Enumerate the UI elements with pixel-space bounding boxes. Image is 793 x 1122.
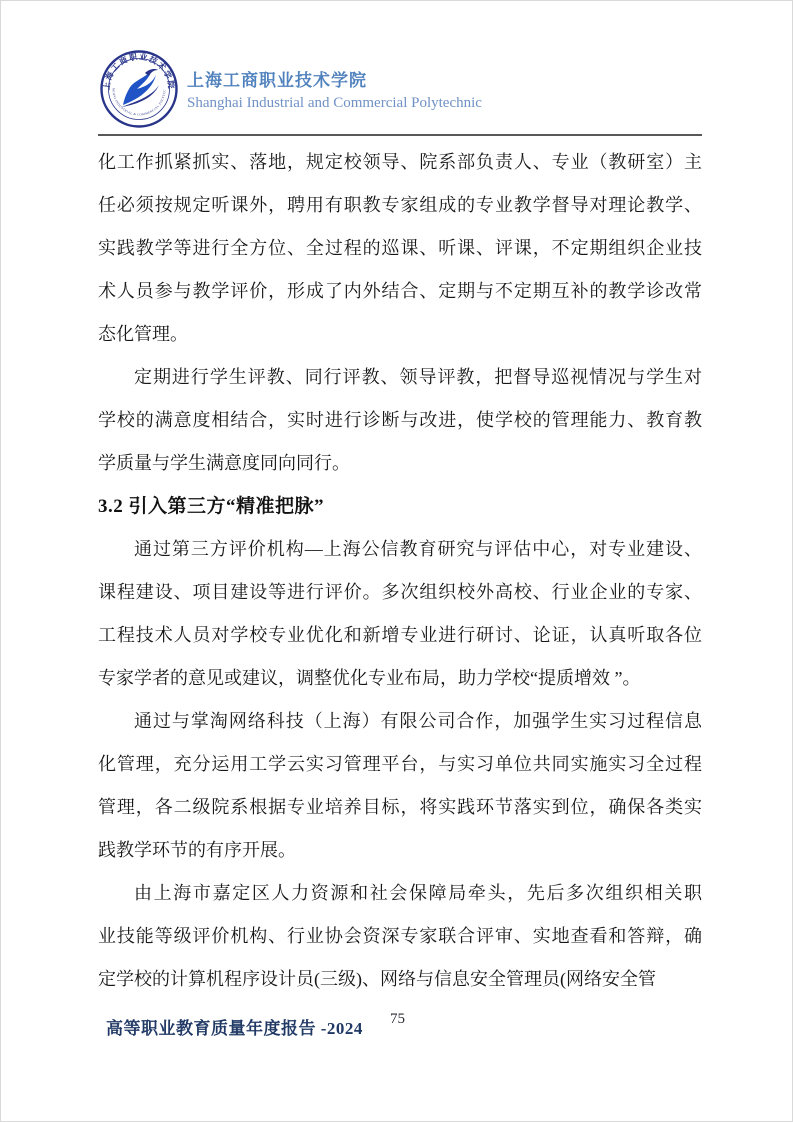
text-line: 定学校的计算机程序设计员(三级)、网络与信息安全管理员(网络安全管 [98,958,702,1001]
text-line: 化工作抓紧抓实、落地，规定校领导、院系部负责人、专业（教研室）主 [98,141,702,184]
school-name-zh: 上海工商职业技术学院 [187,71,482,91]
text-line: 态化管理。 [98,313,702,356]
page-header: 上海工商职业技术学院 SHANGHAI INDUSTRIAL & COMMERC… [99,49,482,129]
text-line: 术人员参与教学评价，形成了内外结合、定期与不定期互补的教学诊改常 [98,270,702,313]
header-text-block: 上海工商职业技术学院 Shanghai Industrial and Comme… [187,49,482,112]
text-line: 学质量与学生满意度同向同行。 [98,442,702,485]
text-line: 通过与掌淘网络科技（上海）有限公司合作，加强学生实习过程信息 [98,700,702,743]
document-body: 化工作抓紧抓实、落地，规定校领导、院系部负责人、专业（教研室）主任必须按规定听课… [98,141,702,1001]
page-number: 75 [1,1011,793,1028]
school-emblem-icon: 上海工商职业技术学院 SHANGHAI INDUSTRIAL & COMMERC… [99,49,179,129]
text-line: 定期进行学生评教、同行评教、领导评教，把督导巡视情况与学生对 [98,356,702,399]
text-line: 专家学者的意见或建议，调整优化专业布局，助力学校“提质增效 ”。 [98,657,702,700]
text-line: 课程建设、项目建设等进行评价。多次组织校外高校、行业企业的专家、 [98,571,702,614]
text-line: 由上海市嘉定区人力资源和社会保障局牵头，先后多次组织相关职 [98,872,702,915]
paragraph: 由上海市嘉定区人力资源和社会保障局牵头，先后多次组织相关职业技能等级评价机构、行… [98,872,702,1001]
paragraph: 定期进行学生评教、同行评教、领导评教，把督导巡视情况与学生对学校的满意度相结合，… [98,356,702,485]
text-line: 践教学环节的有序开展。 [98,829,702,872]
text-line: 管理，各二级院系根据专业培养目标，将实践环节落实到位，确保各类实 [98,786,702,829]
header-divider [98,134,702,136]
text-line: 化管理，充分运用工学云实习管理平台，与实习单位共同实施实习全过程 [98,743,702,786]
text-line: 实践教学等进行全方位、全过程的巡课、听课、评课，不定期组织企业技 [98,227,702,270]
school-name-en: Shanghai Industrial and Commercial Polyt… [187,95,482,112]
text-line: 学校的满意度相结合，实时进行诊断与改进，使学校的管理能力、教育教 [98,399,702,442]
paragraph: 通过与掌淘网络科技（上海）有限公司合作，加强学生实习过程信息化管理，充分运用工学… [98,700,702,872]
text-line: 工程技术人员对学校专业优化和新增专业进行研讨、论证，认真听取各位 [98,614,702,657]
paragraph: 化工作抓紧抓实、落地，规定校领导、院系部负责人、专业（教研室）主任必须按规定听课… [98,141,702,356]
section-heading: 3.2 引入第三方“精准把脉” [98,485,702,528]
paragraph: 通过第三方评价机构—上海公信教育研究与评估中心，对专业建设、课程建设、项目建设等… [98,528,702,700]
text-line: 通过第三方评价机构—上海公信教育研究与评估中心，对专业建设、 [98,528,702,571]
document-page: 上海工商职业技术学院 SHANGHAI INDUSTRIAL & COMMERC… [0,0,793,1122]
school-logo: 上海工商职业技术学院 SHANGHAI INDUSTRIAL & COMMERC… [99,49,179,129]
text-line: 任必须按规定听课外，聘用有职教专家组成的专业教学督导对理论教学、 [98,184,702,227]
page-footer: 高等职业教育质量年度报告 -2024 75 [1,1011,793,1041]
text-line: 业技能等级评价机构、行业协会资深专家联合评审、实地查看和答辩，确 [98,915,702,958]
